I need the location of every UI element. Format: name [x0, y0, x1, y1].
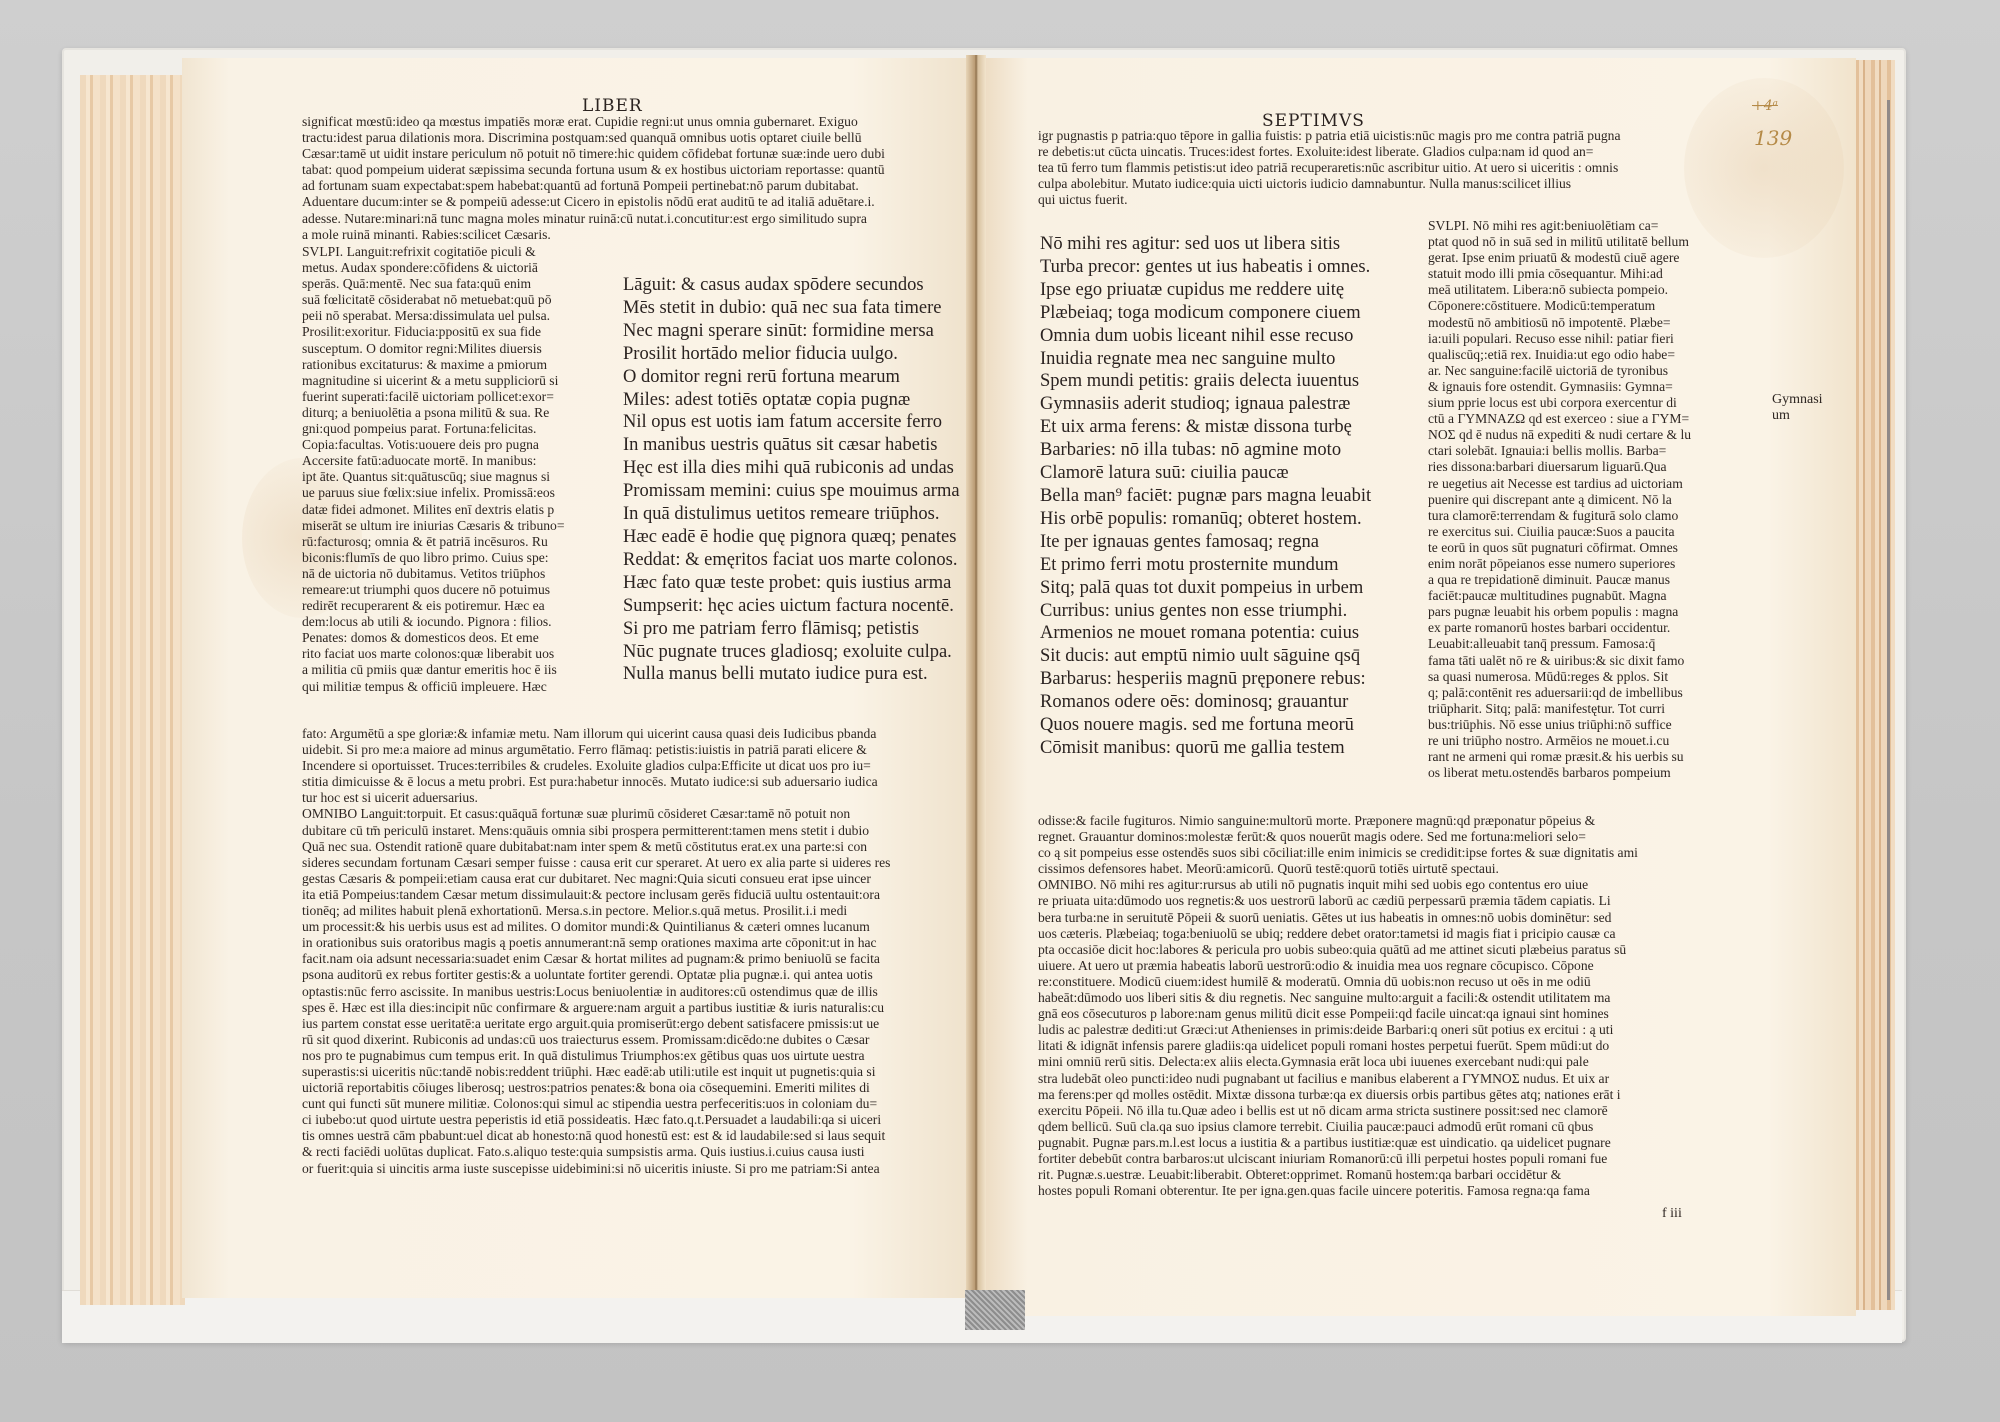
commentary-line: magnitudine si uicerint & a metu supplic… [302, 373, 610, 389]
commentary-line: datæ fidei admonet. Milites enī dextris … [302, 502, 610, 518]
commentary-line: pars pugnæ leuabit his orbem populis : m… [1428, 604, 1761, 620]
commentary-line: tis omnes uestrā cām pbabunt:uel dicat a… [302, 1128, 980, 1144]
commentary-line: ludis ac palestræ dediti:ut Græci:ut Ath… [1038, 1022, 1760, 1038]
verse-line: Barbaries: nō illa tubas: nō agmine moto [1040, 439, 1420, 462]
margin-note-line: um [1772, 408, 1823, 424]
commentary-line: tractu:idest parua dilationis mora. Disc… [302, 130, 980, 146]
spine-bottom [965, 1290, 1025, 1330]
right-verse-text: Nō mihi res agitur: sed uos ut libera si… [1040, 233, 1420, 760]
verse-line: Sumpserit: hęc acies uictum factura noce… [623, 595, 983, 618]
commentary-line: uidebit. Si pro me:a maiore ad minus arg… [302, 742, 980, 758]
commentary-line: puenire qui discrepant ante ą dimicent. … [1428, 492, 1761, 508]
commentary-line: odisse:& facile fugituros. Nimio sanguin… [1038, 813, 1760, 829]
commentary-line: OMNIBO. Nō mihi res agitur:rursus ab uti… [1038, 877, 1760, 893]
commentary-line: psona auditorū ex rebus fortiter gestis:… [302, 967, 980, 983]
commentary-line: tabat: quod pompeium uiderat sæpissima s… [302, 162, 980, 178]
commentary-line: nos pro te pugnabimus cum tempus erit. I… [302, 1048, 980, 1064]
commentary-line: te eorū in quos sūt pugnaturi cōfirmat. … [1428, 540, 1761, 556]
verse-line: Nulla manus belli mutato iudice pura est… [623, 663, 983, 686]
margin-note-gymnasium: Gymnasi um [1772, 392, 1823, 424]
verse-line: Si pro me patriam ferro flāmisq; petisti… [623, 618, 983, 641]
verse-line: Inuidia regnate mea nec sanguine multo [1040, 348, 1420, 371]
commentary-line: sperās. Quā:mentē. Nec sua fata:quū enim [302, 276, 610, 292]
commentary-line: optastis:nūc ferro ascissite. In manibus… [302, 984, 980, 1000]
commentary-line: uictoriā reportabitis cōiuges liberosq; … [302, 1080, 980, 1096]
commentary-line: Penates: domos & domesticos deos. Et eme [302, 630, 610, 646]
verse-line: Promissam memini: cuius spe mouimus arma [623, 480, 983, 503]
verse-line: Spem mundi petitis: graiis delecta iuuen… [1040, 370, 1420, 393]
commentary-line: mini omniū rerū sitis. Delecta:ex aliis … [1038, 1054, 1760, 1070]
commentary-line: hostes populi Romani obterentur. Ite per… [1038, 1183, 1760, 1199]
commentary-line: rant ne armeni qui romæ præsit.& his uer… [1428, 749, 1761, 765]
commentary-line: os liberat metu.ostendēs barbaros pompei… [1428, 765, 1761, 781]
verse-line: Hęc est illa dies mihi quā rubiconis ad … [623, 457, 983, 480]
verse-line: Ipse ego priuatæ cupidus me reddere uitę [1040, 279, 1420, 302]
commentary-line: fuerint superati:facilē uictoriam pollic… [302, 389, 610, 405]
commentary-line: spes ē. Hæc est illa dies:incipit nūc co… [302, 1000, 980, 1016]
commentary-line: OMNIBO Languit:torpuit. Et casus:quāquā … [302, 806, 980, 822]
commentary-line: peii nō sperabat. Mersa:dissimulata uel … [302, 308, 610, 324]
running-head-left: LIBER [582, 96, 643, 116]
commentary-line: Copia:facultas. Votis:uouere deis pro pu… [302, 437, 610, 453]
verse-line: Mēs stetit in dubio: quā nec sua fata ti… [623, 297, 983, 320]
verse-line: Nō mihi res agitur: sed uos ut libera si… [1040, 233, 1420, 256]
commentary-line: facit.nam oia adsunt necessaria:suadet e… [302, 951, 980, 967]
commentary-line: susceptum. O domitor regni:Milites diuer… [302, 341, 610, 357]
verse-line: Nec magni sperare sinūt: formidine mersa [623, 320, 983, 343]
commentary-line: bera turba:ne in seruitutē Pōpeii & suor… [1038, 910, 1760, 926]
commentary-line: dubitare cū tm̄ periculū instaret. Mens:… [302, 823, 980, 839]
commentary-line: adesse. Nutare:minari:nā tunc magna mole… [302, 211, 980, 227]
commentary-line: bus:triūphis. Nō esse unius triūphi:nō s… [1428, 717, 1761, 733]
left-commentary-top: significat mœstū:ideo qa mœstus impatiēs… [302, 114, 980, 243]
commentary-line: ries dissona:barbari diuersarum liguarū.… [1428, 459, 1761, 475]
verse-line: Et primo ferri motu prosternite mundum [1040, 554, 1420, 577]
commentary-line: ctari solebāt. Ignauia:i bellis mollis. … [1428, 443, 1761, 459]
commentary-line: meā utilitatem. Libera:nō subiecta pompe… [1428, 282, 1761, 298]
verse-line: Hæc eadē ē hodie quę pignora quæq; penat… [623, 526, 983, 549]
commentary-line: ar. Nec sanguine:facilē uictoriā de tyro… [1428, 363, 1761, 379]
left-commentary-side: SVLPI. Languit:refrixit cogitatiōe picul… [302, 244, 610, 695]
commentary-line: pta occasiōe dicit hoc:labores & pericul… [1038, 942, 1760, 958]
commentary-line: gni:quod pompeius parat. Fortuna:felicit… [302, 421, 610, 437]
commentary-line: modestū nō ambitiosū nō impotentē. Plæbe… [1428, 315, 1761, 331]
commentary-line: a qua re trepidationē diminuit. Paucæ ma… [1428, 572, 1761, 588]
right-commentary-bottom: odisse:& facile fugituros. Nimio sanguin… [1038, 813, 1760, 1199]
commentary-line: qui uictus fuerit. [1038, 192, 1760, 208]
commentary-line: stra ludebāt oleo puncti:ideo nudi pugna… [1038, 1071, 1760, 1087]
commentary-line: fama tāti ualēt nō re & uiribus:& sic di… [1428, 653, 1761, 669]
commentary-line: Aduentare ducum:inter se & pompeiū adess… [302, 194, 980, 210]
commentary-line: metus. Audax spondere:cōfidens & uictori… [302, 260, 610, 276]
commentary-line: ΝΟΣ qd ē nudus nā expediti & nudi certar… [1428, 427, 1761, 443]
commentary-line: biconis:flumīs de quo libro primo. Cuius… [302, 550, 610, 566]
commentary-line: litati & idignāt infensis parere gladiis… [1038, 1038, 1760, 1054]
verse-line: Omnia dum uobis liceant nihil esse recus… [1040, 325, 1420, 348]
verse-line: Turba precor: gentes ut ius habeatis i o… [1040, 256, 1420, 279]
left-page-edges [80, 75, 185, 1305]
commentary-line: gerat. Ipse enim priuatū & modestū ciuē … [1428, 250, 1761, 266]
verse-line: Barbarus: hesperiis magnū pręponere rebu… [1040, 668, 1420, 691]
verse-line: Lāguit: & casus audax spōdere secundos [623, 274, 983, 297]
commentary-line: Incendere si oportuisset. Truces:terribi… [302, 758, 980, 774]
verse-line: In quā distulimus uetitos remeare triūph… [623, 503, 983, 526]
verse-line: In manibus uestris quātus sit cæsar habe… [623, 434, 983, 457]
commentary-line: faciēt:paucæ multitudines pugnabūt. Magn… [1428, 588, 1761, 604]
commentary-line: tura clamorē:terrendam & fugiturā solo c… [1428, 508, 1761, 524]
commentary-line: qui militiæ tempus & officiū impleuere. … [302, 679, 610, 695]
commentary-line: ipt āte. Quantus sit:quātuscūq; siue mag… [302, 469, 610, 485]
verse-line: Reddat: & emęritos faciat uos marte colo… [623, 549, 983, 572]
commentary-line: cissimos defensores habet. Meorū:amicorū… [1038, 861, 1760, 877]
verse-line: Plæbeiaq; toga modicum componere ciuem [1040, 302, 1420, 325]
verse-line: Sitq; palā quas tot duxit pompeius in ur… [1040, 577, 1420, 600]
verse-line: His orbē populis: romanūq; obteret hoste… [1040, 508, 1420, 531]
verse-line: Ite per ignauas gentes famosaq; regna [1040, 531, 1420, 554]
verse-line: Cōmisit manibus: quorū me gallia testem [1040, 737, 1420, 760]
commentary-line: um processit:& his uerbis usus est ad mi… [302, 919, 980, 935]
verse-line: Miles: adest totiēs optatæ copia pugnæ [623, 389, 983, 412]
commentary-line: triūpharit. Sitq; palā: manifestętur. To… [1428, 701, 1761, 717]
commentary-line: rū sit quod dixerint. Rubiconis ad undas… [302, 1032, 980, 1048]
verse-line: Gymnasiis aderit studioq; ignaua palestr… [1040, 393, 1420, 416]
commentary-line: ptat quod nō in suā sed in militū utilit… [1428, 234, 1761, 250]
commentary-line: significat mœstū:ideo qa mœstus impatiēs… [302, 114, 980, 130]
commentary-line: a militia cū pmiis quæ dantur emeritis h… [302, 662, 610, 678]
commentary-line: ue paruus siue fœlix:siue infelix. Promi… [302, 485, 610, 501]
commentary-line: ia:uili populari. Recuso esse nihil: pat… [1428, 331, 1761, 347]
commentary-line: ita etiā Pompeius:tandem Cæsar metum dis… [302, 887, 980, 903]
commentary-line: rito faciat uos marte colonos:quæ libera… [302, 646, 610, 662]
commentary-line: cunt qui functi sūt munere militiæ. Colo… [302, 1096, 980, 1112]
margin-note-line: Gymnasi [1772, 392, 1823, 408]
left-commentary-bottom: fato: Argumētū a spe gloriæ:& infamiæ me… [302, 726, 980, 1177]
commentary-line: fato: Argumētū a spe gloriæ:& infamiæ me… [302, 726, 980, 742]
commentary-line: Accersite fatū:aduocate mortē. In manibu… [302, 453, 610, 469]
commentary-line: ad fortunam suam expectabat:spem habebat… [302, 178, 980, 194]
commentary-line: SVLPI. Languit:refrixit cogitatiōe picul… [302, 244, 610, 260]
commentary-line: or fuerit:quia si uincitis arma iuste su… [302, 1161, 980, 1177]
commentary-line: sideres secundam fortunam Cæsari semper … [302, 855, 980, 871]
commentary-line: superastis:si uiceritis nūc:tandē nobis:… [302, 1064, 980, 1080]
verse-line: Nūc pugnate truces gladiosq; exoluite cu… [623, 641, 983, 664]
commentary-line: redirēt recuperarent & eis potiremur. Hæ… [302, 598, 610, 614]
commentary-line: tea tū ferro tum flammis petistis:ut ide… [1038, 160, 1760, 176]
commentary-line: sium pprie locus est ubi corpora exercen… [1428, 395, 1761, 411]
commentary-line: regnet. Grauantur dominos:molestæ ferūt:… [1038, 829, 1760, 845]
commentary-line: fortiter debebūt contra barbaros:ut ulci… [1038, 1151, 1760, 1167]
commentary-line: statuit modo illi pmia cōsequantur. Mihi… [1428, 266, 1761, 282]
verse-line: O domitor regni rerū fortuna mearum [623, 366, 983, 389]
right-fore-edge-line [1887, 100, 1890, 1300]
commentary-line: gnā eos cōsecuturos p labore:nam genus m… [1038, 1006, 1760, 1022]
commentary-line: igr pugnastis p patria:quo tēpore in gal… [1038, 128, 1760, 144]
commentary-line: re priuata uita:dūmodo uos regnetis:& uo… [1038, 893, 1760, 909]
commentary-line: gestas Cæsaris & pompeii:etiam causa era… [302, 871, 980, 887]
commentary-line: re uni triūpho nostro. Armēios ne mouet.… [1428, 733, 1761, 749]
commentary-line: rit. Pugnæ.s.uestræ. Leuabit:liberabit. … [1038, 1167, 1760, 1183]
verse-line: Curribus: unius gentes non esse triumphi… [1040, 600, 1420, 623]
verse-line: Clamorē latura suū: ciuilia paucæ [1040, 462, 1420, 485]
right-commentary-side: SVLPI. Nō mihi res agit:beniuolētiam ca=… [1428, 218, 1761, 781]
commentary-line: habeāt:dūmodo uos liberi sitis & diu reg… [1038, 990, 1760, 1006]
verse-line: Hæc fato quæ teste probet: quis iustius … [623, 572, 983, 595]
commentary-line: ctū a ΓΥΜΝΑΖΩ qd est exerceo : siue a ΓΥ… [1428, 411, 1761, 427]
commentary-line: sa quasi numerosa. Mūdū:reges & pplos. S… [1428, 669, 1761, 685]
verse-line: Romanos odere oēs: dominosq; grauantur [1040, 691, 1420, 714]
commentary-line: Prosilit:exoritur. Fiducia:ppositū ex su… [302, 324, 610, 340]
commentary-line: re uegetius ait Necesse est tardius ad u… [1428, 476, 1761, 492]
signature-mark: f iii [1662, 1206, 1682, 1222]
commentary-line: tur hoc est si uicerit aduersarius. [302, 790, 980, 806]
commentary-line: Cōponere:cōstituere. Modicū:temperatum [1428, 298, 1761, 314]
commentary-line: ci iubebo:ut quod uirtute uestra peperis… [302, 1112, 980, 1128]
verse-line: Nil opus est uotis iam fatum accersite f… [623, 411, 983, 434]
right-commentary-top: igr pugnastis p patria:quo tēpore in gal… [1038, 128, 1760, 208]
commentary-line: diturq; a beniuolētia a psona militū & s… [302, 405, 610, 421]
commentary-line: a mole ruinā minanti. Rabies:scilicet Cæ… [302, 227, 980, 243]
commentary-line: uiuere. At uero ut præmia habeatis labor… [1038, 958, 1760, 974]
verse-line: Prosilit hortādo melior fiducia uulgo. [623, 343, 983, 366]
commentary-line: Cæsar:tamē ut uidit instare periculum nō… [302, 146, 980, 162]
verse-line: Sit ducis: aut emptū nimio uult sāguine … [1040, 645, 1420, 668]
commentary-line: rationibus excitaturus: & maxime a pmior… [302, 357, 610, 373]
commentary-line: Quā nec sua. Ostendit rationē quare dubi… [302, 839, 980, 855]
commentary-line: qdem bellicū. Suū cla.qa suo ipsius clam… [1038, 1119, 1760, 1135]
commentary-line: re debetis:ut cūcta uincatis. Truces:ide… [1038, 144, 1760, 160]
commentary-line: re:constituere. Modicū ciuem:idest humil… [1038, 974, 1760, 990]
verse-line: Armenios ne mouet romana potentia: cuius [1040, 622, 1420, 645]
commentary-line: in orationibus suis oratoribus magis ą p… [302, 935, 980, 951]
commentary-line: culpa abolebitur. Mutato iudice:quia uic… [1038, 176, 1760, 192]
verse-line: Quos nouere magis. sed me fortuna meorū [1040, 714, 1420, 737]
commentary-line: miserāt se ultum ire iniurias Cæsaris & … [302, 518, 610, 534]
verse-line: Et uix arma ferens: & mistæ dissona turb… [1040, 416, 1420, 439]
commentary-line: ius partem constat esse ueritatē:a uerit… [302, 1016, 980, 1032]
commentary-line: pugnabit. Pugnæ pars.m.l.est locus a ius… [1038, 1135, 1760, 1151]
commentary-line: & recti faciēdi uolūtas duplicat. Fato.s… [302, 1144, 980, 1160]
commentary-line: suā fœlicitatē cōsiderabat nō metuebat:q… [302, 292, 610, 308]
commentary-line: rū:facturosq; omnia & ēt patriā incēsuro… [302, 534, 610, 550]
commentary-line: re exercitus sui. Ciuilia paucæ:Suos a p… [1428, 524, 1761, 540]
commentary-line: Leuabit:alleuabit tanq̄ pressum. Famosa:… [1428, 636, 1761, 652]
commentary-line: co ą sit pompeius esse ostendēs suos sib… [1038, 845, 1760, 861]
left-verse-text: Lāguit: & casus audax spōdere secundos M… [623, 274, 983, 686]
commentary-line: ma ferens:per qd molles ostēdit. Mixtæ d… [1038, 1087, 1760, 1103]
commentary-line: & ignauis fore ostendit. Gymnasiis: Gymn… [1428, 379, 1761, 395]
commentary-line: nā de uictoria nō dubitamus. Vetitos tri… [302, 566, 610, 582]
commentary-line: dem:locus ab utili & iocundo. Pignora : … [302, 614, 610, 630]
commentary-line: remeare:ut triumphi quos ducere nō potui… [302, 582, 610, 598]
commentary-line: SVLPI. Nō mihi res agit:beniuolētiam ca= [1428, 218, 1761, 234]
commentary-line: tionēq; ad milites habuit plenā exhortat… [302, 903, 980, 919]
commentary-line: stitia dimicuisse & ē locus a metu probr… [302, 774, 980, 790]
commentary-line: q; palā:contēnit res aduersarii:qd de im… [1428, 685, 1761, 701]
commentary-line: ex parte romanorū hostes barbari occiden… [1428, 620, 1761, 636]
handwritten-struck-folio: +4ᵃ [1752, 98, 1778, 114]
commentary-line: qualiscūq;:etiā rex. Inuidia:ut ego odio… [1428, 347, 1761, 363]
commentary-line: enim norāt pōpeianos esse numero superio… [1428, 556, 1761, 572]
verse-line: Bella man⁹ faciēt: pugnæ pars magna leua… [1040, 485, 1420, 508]
commentary-line: exercitu Pōpeii. Nō illa tu.Quæ adeo i b… [1038, 1103, 1760, 1119]
commentary-line: uos cæteris. Plæbeiaq; toga:beniuolū se … [1038, 926, 1760, 942]
